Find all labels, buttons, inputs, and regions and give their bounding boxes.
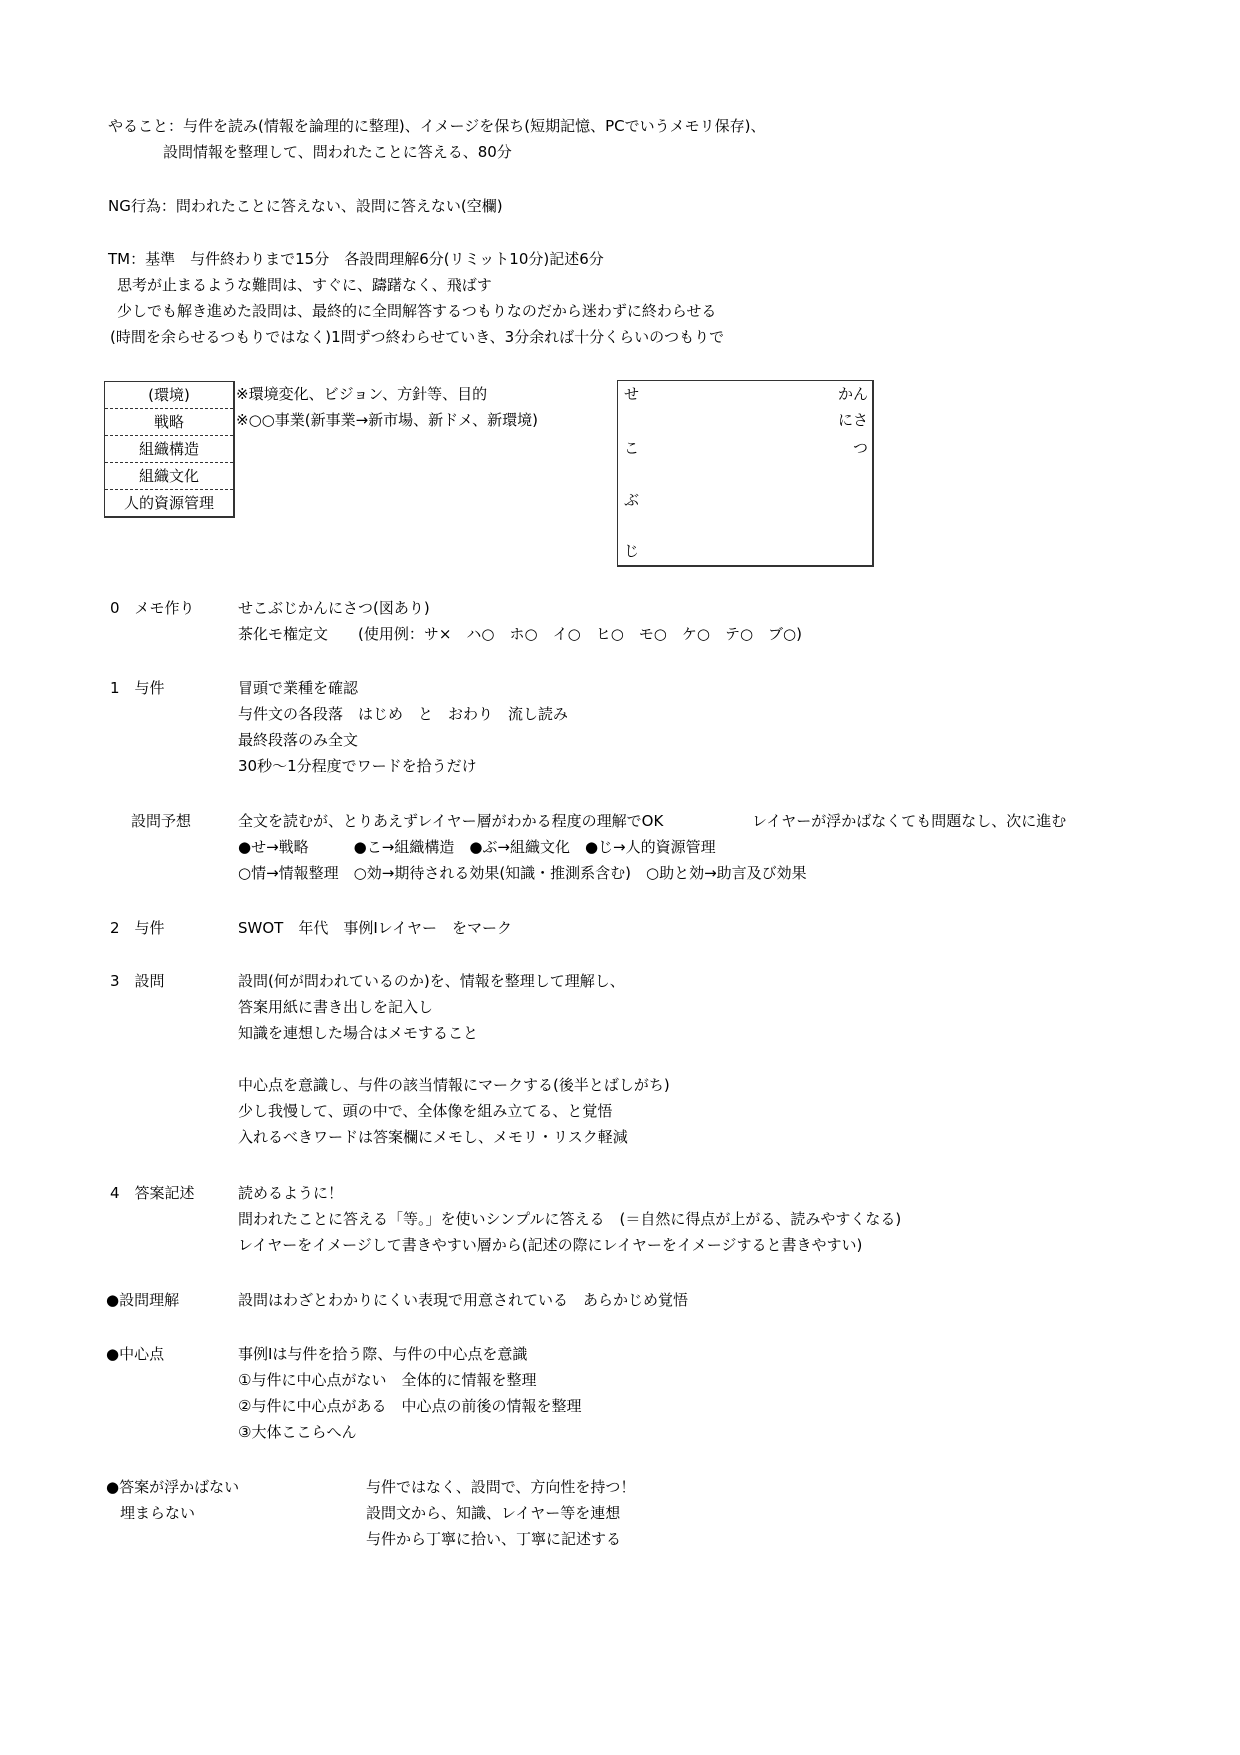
step-3-line: 設問(何が問われているのか)を、情報を整理して理解し、 bbox=[238, 968, 625, 994]
step-4-line: 問われたことに答える「等。」を使いシンプルに答える (＝自然に得点が上がる、読み… bbox=[238, 1206, 901, 1232]
stuck-line: 設問文から、知識、レイヤー等を連想 bbox=[366, 1500, 620, 1526]
predict-line: 全文を読むが、とりあえずレイヤー層がわかる程度の理解でOK bbox=[238, 808, 663, 834]
tm-line-4: (時間を余らせるつもりではなく)1問ずつ終わらせていき、3分余れば十分くらいのつ… bbox=[110, 324, 724, 350]
memo-left-se: せ bbox=[624, 387, 639, 402]
layer-hr-management: 人的資源管理 bbox=[105, 490, 233, 516]
stuck-label-2: 埋まらない bbox=[120, 1500, 195, 1526]
step-0-line: 茶化モ権定文 (使用例：サ× ハ○ ホ○ イ○ ヒ○ モ○ ケ○ テ○ ブ○) bbox=[238, 621, 802, 647]
step-0-line: せこぶじかんにさつ(図あり) bbox=[238, 595, 430, 621]
layer-strategy: 戦略 bbox=[105, 409, 233, 436]
memo-right-kan: かん bbox=[838, 387, 868, 402]
step-1-line: 冒頭で業種を確認 bbox=[238, 675, 358, 701]
tm-line-3: 少しでも解き進めた設問は、最終的に全問解答するつもりなのだから迷わずに終わらせる bbox=[117, 298, 716, 324]
step-1-label: 1 与件 bbox=[110, 675, 165, 701]
step-3-line: 少し我慢して、頭の中で、全体像を組み立てる、と覚悟 bbox=[238, 1098, 612, 1124]
memo-right-nisa: にさ bbox=[838, 413, 868, 428]
layer-environment: (環境) bbox=[105, 382, 233, 409]
predict-line: ○情→情報整理 ○効→期待される効果(知識・推測系含む) ○助と効→助言及び効果 bbox=[238, 860, 807, 886]
step-2-line: SWOT 年代 事例Ⅰレイヤー をマーク bbox=[238, 915, 512, 941]
step-4-line: レイヤーをイメージして書きやすい層から(記述の際にレイヤーをイメージすると書きや… bbox=[238, 1232, 862, 1258]
step-3-line: 入れるべきワードは答案欄にメモし、メモリ・リスク軽減 bbox=[238, 1124, 628, 1150]
step-3-line: 中心点を意識し、与件の該当情報にマークする(後半とばしがち) bbox=[238, 1072, 670, 1098]
understanding-label: ●設問理解 bbox=[106, 1287, 179, 1313]
step-3-label: 3 設問 bbox=[110, 968, 165, 994]
step-3-line: 答案用紙に書き出しを記入し bbox=[238, 994, 433, 1020]
step-2-label: 2 与件 bbox=[110, 915, 165, 941]
memo-left-bu: ぶ bbox=[624, 493, 639, 508]
todo-line-2: 設問情報を整理して、問われたことに答える、80分 bbox=[163, 139, 512, 165]
memo-diagram-box: せ こ ぶ じ かん にさ つ bbox=[617, 380, 874, 567]
todo-line-1: やること：与件を読み(情報を論理的に整理)、イメージを保ち(短期記憶、PCでいう… bbox=[108, 113, 765, 139]
center-point-line: ②与件に中心点がある 中心点の前後の情報を整理 bbox=[238, 1393, 581, 1419]
step-1-line: 与件文の各段落 はじめ と おわり 流し読み bbox=[238, 701, 568, 727]
layer-table: (環境) 戦略 組織構造 組織文化 人的資源管理 bbox=[104, 381, 235, 518]
center-point-label: ●中心点 bbox=[106, 1341, 164, 1367]
stuck-line: 与件から丁寧に拾い、丁寧に記述する bbox=[366, 1526, 621, 1552]
layer-note-2: ※○○事業(新事業→新市場、新ドメ、新環境) bbox=[236, 407, 538, 433]
tm-line-1: TM：基準 与件終わりまで15分 各設問理解6分(リミット10分)記述6分 bbox=[108, 246, 604, 272]
step-0-label: 0 メモ作り bbox=[110, 595, 195, 621]
stuck-label: ●答案が浮かばない bbox=[106, 1474, 239, 1500]
step-3-line: 知識を連想した場合はメモすること bbox=[238, 1020, 478, 1046]
layer-org-structure: 組織構造 bbox=[105, 436, 233, 463]
memo-left-ko: こ bbox=[624, 441, 639, 456]
layer-org-culture: 組織文化 bbox=[105, 463, 233, 490]
center-point-line: ①与件に中心点がない 全体的に情報を整理 bbox=[238, 1367, 536, 1393]
ng-line: NG行為：問われたことに答えない、設問に答えない(空欄) bbox=[108, 193, 503, 219]
predict-line: ●せ→戦略 ●こ→組織構造 ●ぶ→組織文化 ●じ→人的資源管理 bbox=[238, 834, 716, 860]
stuck-line: 与件ではなく、設問で、方向性を持つ！ bbox=[366, 1474, 635, 1500]
step-4-label: 4 答案記述 bbox=[110, 1180, 195, 1206]
layer-note-1: ※環境変化、ビジョン、方針等、目的 bbox=[236, 381, 487, 407]
predict-aside: レイヤーが浮かばなくても問題なし、次に進む bbox=[752, 808, 1066, 834]
step-4-line: 読めるように！ bbox=[238, 1180, 343, 1206]
understanding-line: 設問はわざとわかりにくい表現で用意されている あらかじめ覚悟 bbox=[238, 1287, 688, 1313]
step-1-line: 30秒～1分程度でワードを拾うだけ bbox=[238, 753, 477, 779]
tm-line-2: 思考が止まるような難問は、すぐに、躊躇なく、飛ばす bbox=[117, 272, 492, 298]
center-point-line: ③大体ここらへん bbox=[238, 1419, 356, 1445]
memo-right-tsu: つ bbox=[853, 441, 868, 456]
predict-label: 設問予想 bbox=[131, 808, 191, 834]
memo-left-ji: じ bbox=[624, 544, 639, 559]
center-point-line: 事例Ⅰは与件を拾う際、与件の中心点を意識 bbox=[238, 1341, 527, 1367]
step-1-line: 最終段落のみ全文 bbox=[238, 727, 358, 753]
